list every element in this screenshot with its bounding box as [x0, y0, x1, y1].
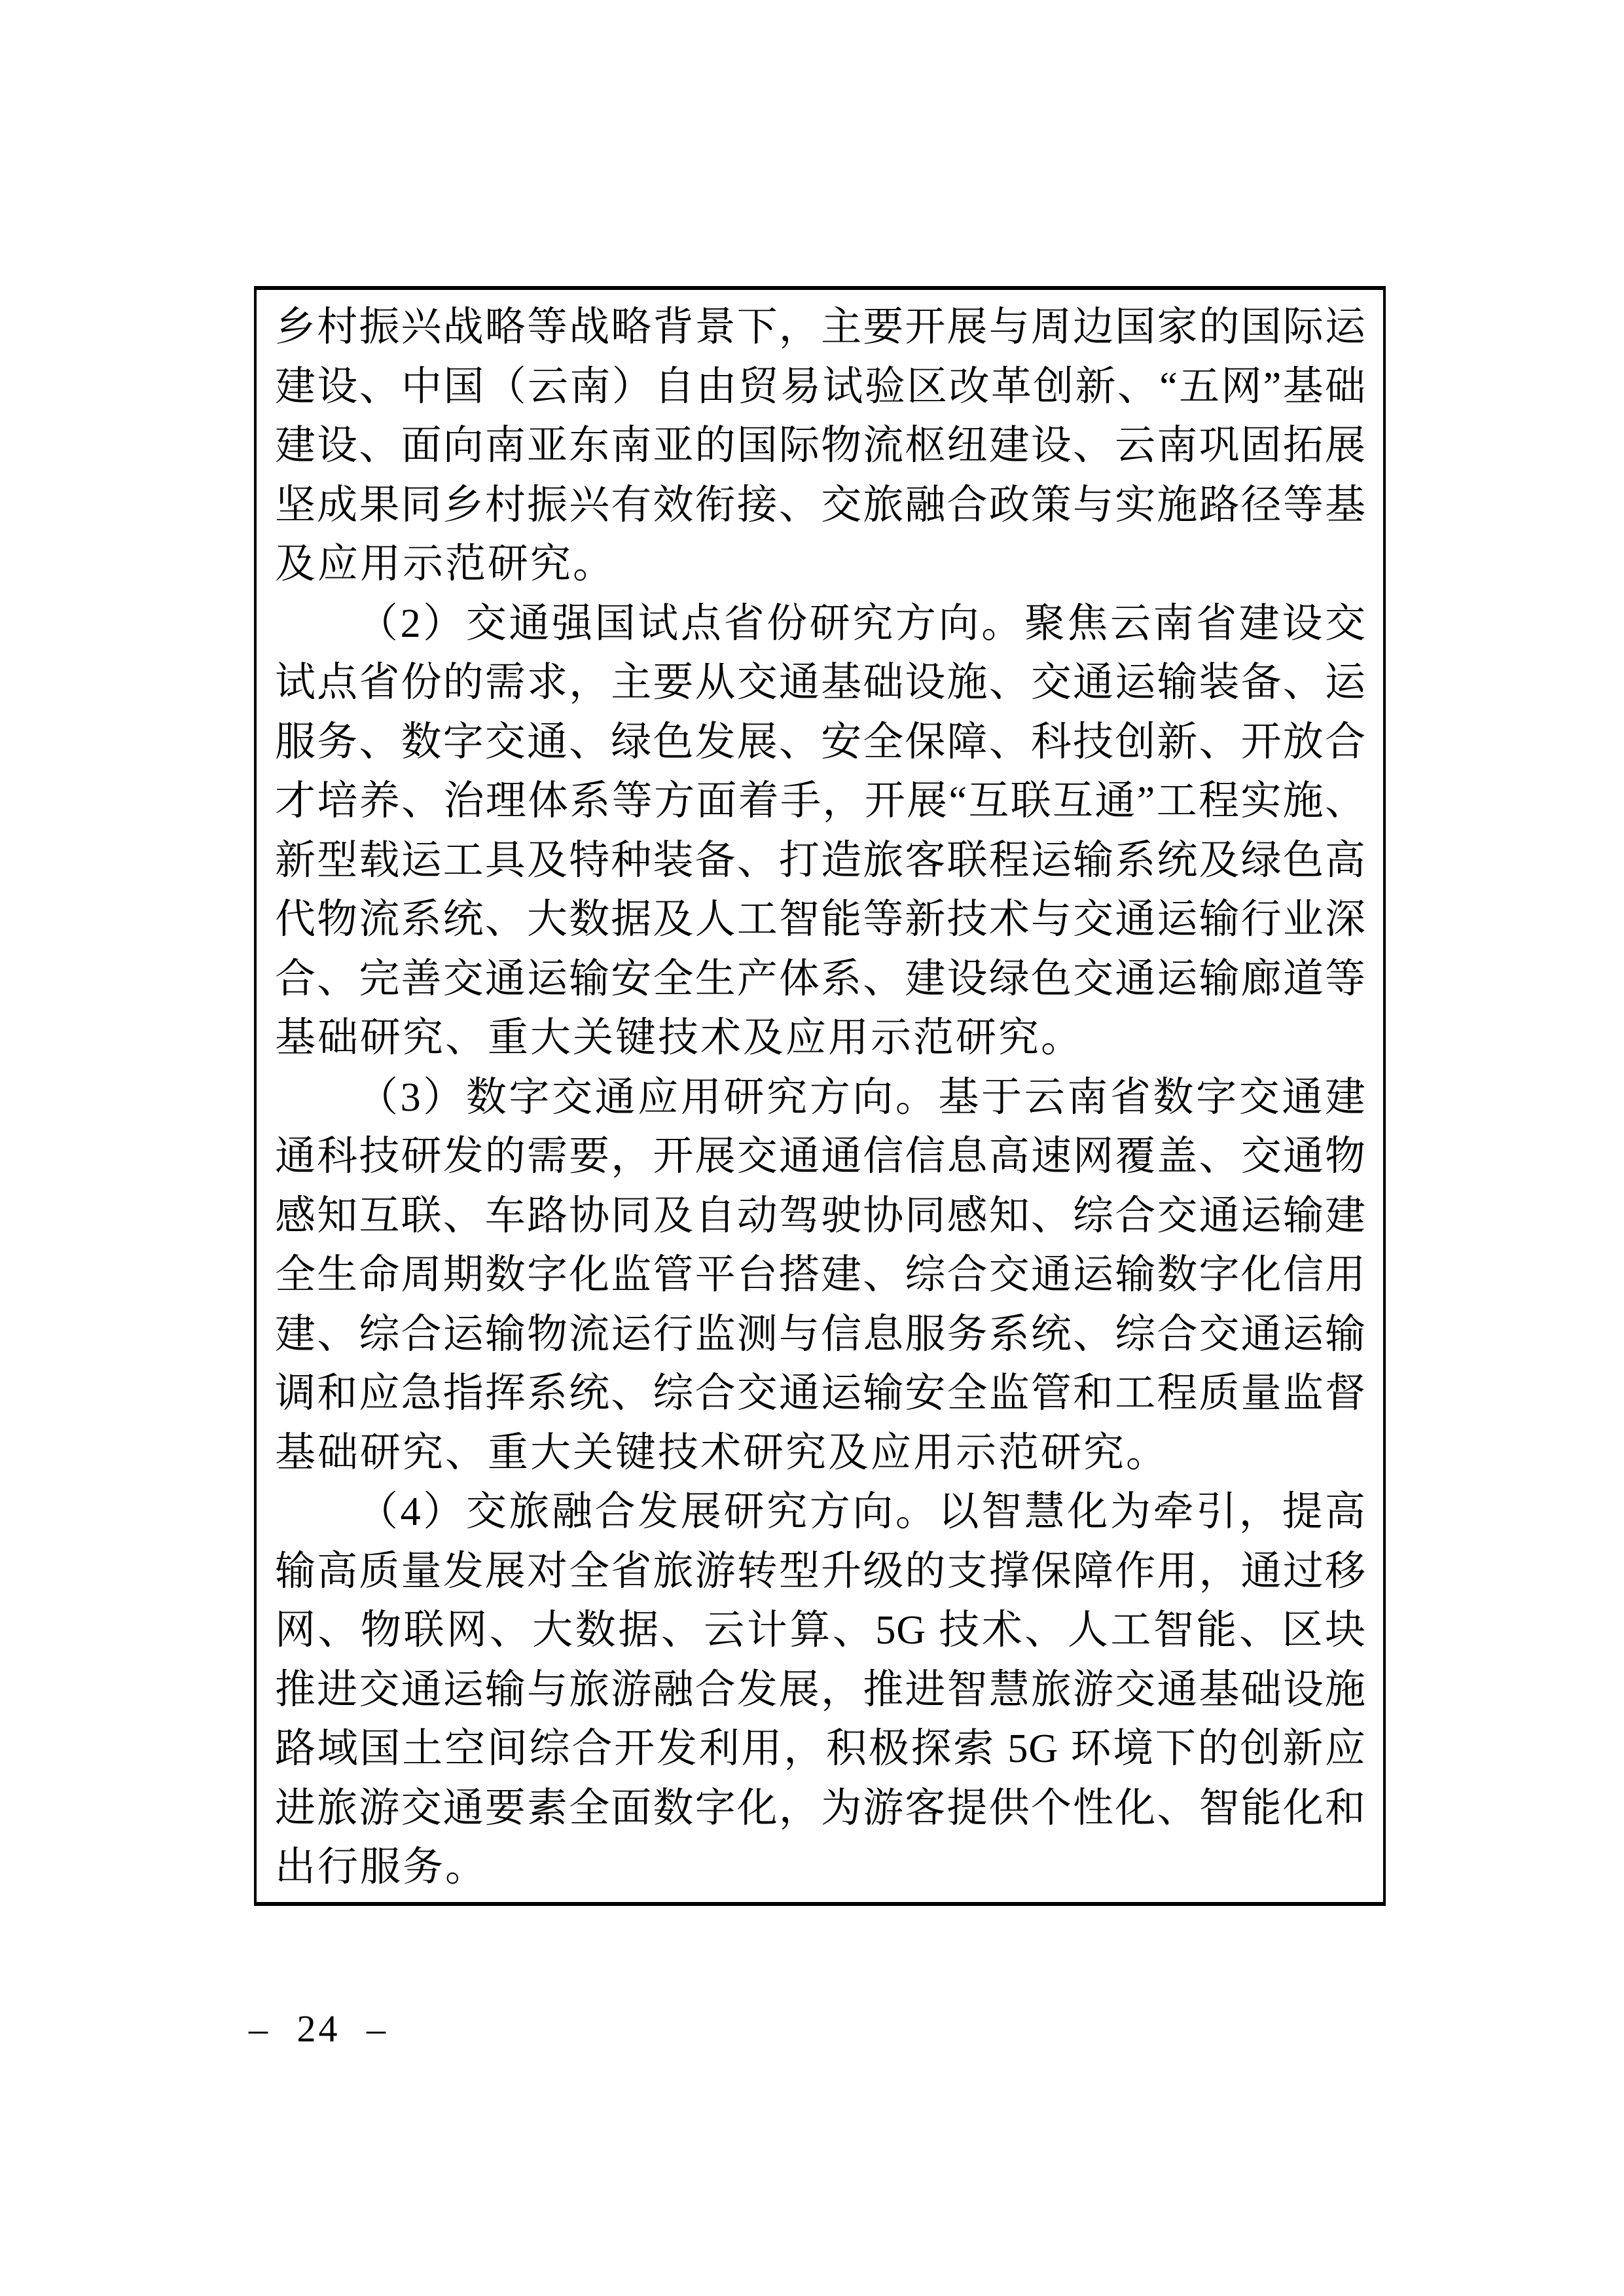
document-page: 乡村振兴战略等战略背景下，主要开展与周边国家的国际运输通道建设、中国（云南）自由…: [0, 0, 1624, 2296]
text-line: 出行服务。: [275, 1838, 1366, 1897]
text-line: 通科技研发的需要，开展交通通信信息高速网覆盖、交通物联网全: [275, 1127, 1366, 1187]
text-line: 服务、数字交通、绿色发展、安全保障、科技创新、开放合作、人: [275, 713, 1366, 772]
text-line: 全生命周期数字化监管平台搭建、综合交通运输数字化信用平台搭: [275, 1246, 1366, 1305]
text-line: 及应用示范研究。: [275, 535, 1366, 594]
text-line: 建设、面向南亚东南亚的国际物流枢纽建设、云南巩固拓展脱贫攻: [275, 416, 1366, 476]
text-block: 乡村振兴战略等战略背景下，主要开展与周边国家的国际运输通道建设、中国（云南）自由…: [275, 298, 1366, 1897]
text-line: 才培养、治理体系等方面着手，开展“互联互通”工程实施、研发: [275, 772, 1366, 831]
text-line: 路域国土空间综合开发利用，积极探索 5G 环境下的创新应用，推: [275, 1719, 1366, 1779]
text-line: 试点省份的需求，主要从交通基础设施、交通运输装备、运输组织: [275, 653, 1366, 713]
text-line: 乡村振兴战略等战略背景下，主要开展与周边国家的国际运输通道: [275, 298, 1366, 357]
text-line: 合、完善交通运输安全生产体系、建设绿色交通运输廊道等一系列: [275, 950, 1366, 1009]
text-line: 代物流系统、大数据及人工智能等新技术与交通运输行业深度融: [275, 890, 1366, 950]
text-line: （2）交通强国试点省份研究方向。聚焦云南省建设交通强国: [275, 594, 1366, 654]
content-border-box: 乡村振兴战略等战略背景下，主要开展与周边国家的国际运输通道建设、中国（云南）自由…: [254, 286, 1386, 1906]
text-line: 调和应急指挥系统、综合交通运输安全监管和工程质量监督系统等: [275, 1364, 1366, 1424]
text-line: 进旅游交通要素全面数字化，为游客提供个性化、智能化和人性化: [275, 1779, 1366, 1839]
text-line: （3）数字交通应用研究方向。基于云南省数字交通建设对交: [275, 1068, 1366, 1128]
text-line: 基础研究、重大关键技术研究及应用示范研究。: [275, 1424, 1366, 1483]
text-line: 建设、中国（云南）自由贸易试验区改革创新、“五网”基础设施: [275, 357, 1366, 417]
text-line: 建、综合运输物流运行监测与信息服务系统、综合交通运输运行协: [275, 1305, 1366, 1365]
text-line: 新型载运工具及特种装备、打造旅客联程运输系统及绿色高效的现: [275, 831, 1366, 891]
text-line: （4）交旅融合发展研究方向。以智慧化为牵引，提高交通运: [275, 1482, 1366, 1542]
text-line: 感知互联、车路协同及自动驾驶协同感知、综合交通运输建设项目: [275, 1187, 1366, 1246]
text-line: 基础研究、重大关键技术及应用示范研究。: [275, 1009, 1366, 1068]
text-line: 坚成果同乡村振兴有效衔接、交旅融合政策与实施路径等基础研究: [275, 476, 1366, 535]
text-line: 输高质量发展对全省旅游转型升级的支撑保障作用，通过移动互联: [275, 1542, 1366, 1602]
page-number: – 24 –: [249, 2007, 388, 2051]
text-line: 网、物联网、大数据、云计算、5G 技术、人工智能、区块链等技术，: [275, 1601, 1366, 1660]
text-line: 推进交通运输与旅游融合发展，推进智慧旅游交通基础设施建设、: [275, 1660, 1366, 1720]
